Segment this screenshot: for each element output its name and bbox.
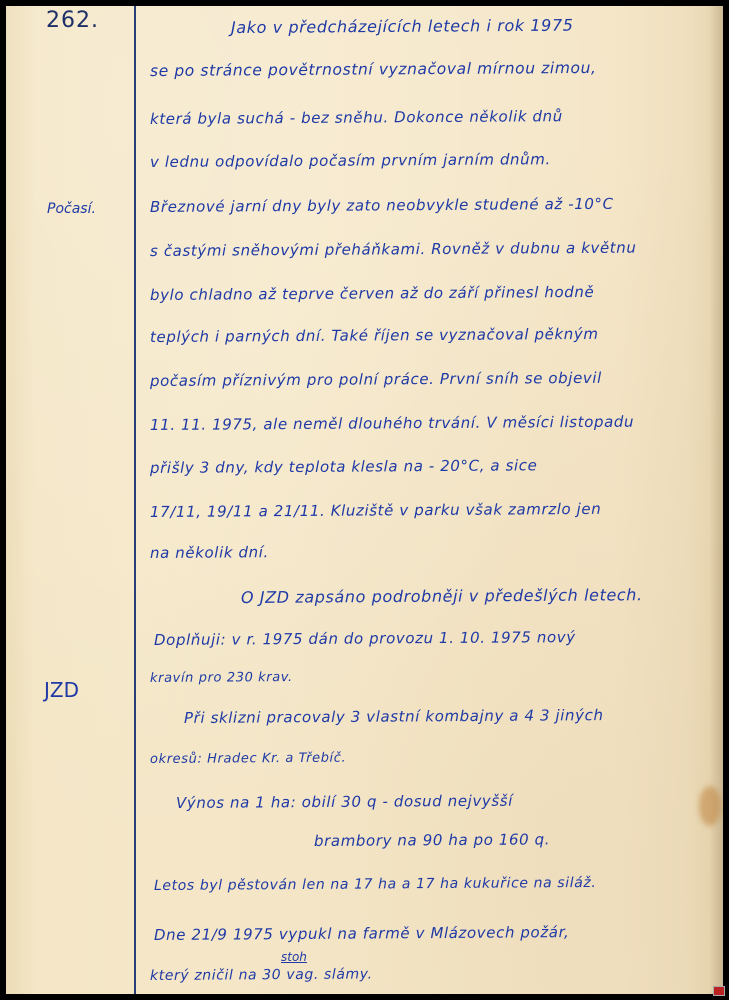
text-line: Doplňuji: v r. 1975 dán do provozu 1. 10… bbox=[154, 628, 576, 649]
text-line: Březnové jarní dny byly zato neobvykle s… bbox=[150, 195, 614, 216]
text-line: který zničil na 30 vag. slámy. bbox=[150, 966, 373, 984]
text-line: se po stránce povětrnostní vyznačoval mí… bbox=[150, 59, 597, 80]
page-number: 262. bbox=[46, 8, 99, 33]
text-line: s častými sněhovými přeháňkami. Rovněž v… bbox=[150, 239, 637, 260]
text-line: v lednu odpovídalo počasím prvním jarním… bbox=[150, 150, 551, 171]
paper-stain bbox=[699, 786, 721, 826]
page-edge-shadow bbox=[709, 6, 723, 994]
insertion-note: stoh bbox=[281, 950, 307, 964]
text-line: kravín pro 230 krav. bbox=[150, 670, 293, 686]
chronicle-page: 262. Počasí. JZD Jako v předcházejících … bbox=[6, 6, 723, 994]
text-line: počasím příznivým pro polní práce. První… bbox=[150, 369, 602, 390]
text-line: 11. 11. 1975, ale neměl dlouhého trvání.… bbox=[150, 413, 634, 434]
text-line: přišly 3 dny, kdy teplota klesla na - 20… bbox=[150, 456, 538, 477]
text-line: O JZD zapsáno podrobněji v předešlých le… bbox=[241, 585, 643, 607]
text-line: 17/11, 19/11 a 21/11. Kluziště v parku v… bbox=[150, 500, 601, 521]
text-line: Jako v předcházejících letech i rok 1975 bbox=[231, 16, 574, 37]
margin-note-jzd: JZD bbox=[44, 678, 79, 702]
margin-note-weather: Počasí. bbox=[47, 201, 96, 217]
text-line: Letos byl pěstován len na 17 ha a 17 ha … bbox=[154, 875, 596, 894]
text-line: brambory na 90 ha po 160 q. bbox=[314, 830, 550, 850]
text-line: bylo chladno až teprve červen až do září… bbox=[150, 283, 594, 304]
text-line: Při sklizni pracovaly 3 vlastní kombajny… bbox=[184, 706, 604, 727]
margin-line bbox=[134, 6, 136, 994]
text-line: okresů: Hradec Kr. a Třebíč. bbox=[150, 751, 346, 767]
text-line: na několik dní. bbox=[150, 543, 269, 562]
text-line: Výnos na 1 ha: obilí 30 q - dosud nejvyš… bbox=[176, 792, 513, 812]
text-line: která byla suchá - bez sněhu. Dokonce ně… bbox=[150, 107, 563, 128]
text-line: teplých i parných dní. Také říjen se vyz… bbox=[150, 325, 599, 346]
scan-corner-marker bbox=[713, 986, 725, 996]
text-line: Dne 21/9 1975 vypukl na farmě v Mlázovec… bbox=[154, 923, 569, 944]
